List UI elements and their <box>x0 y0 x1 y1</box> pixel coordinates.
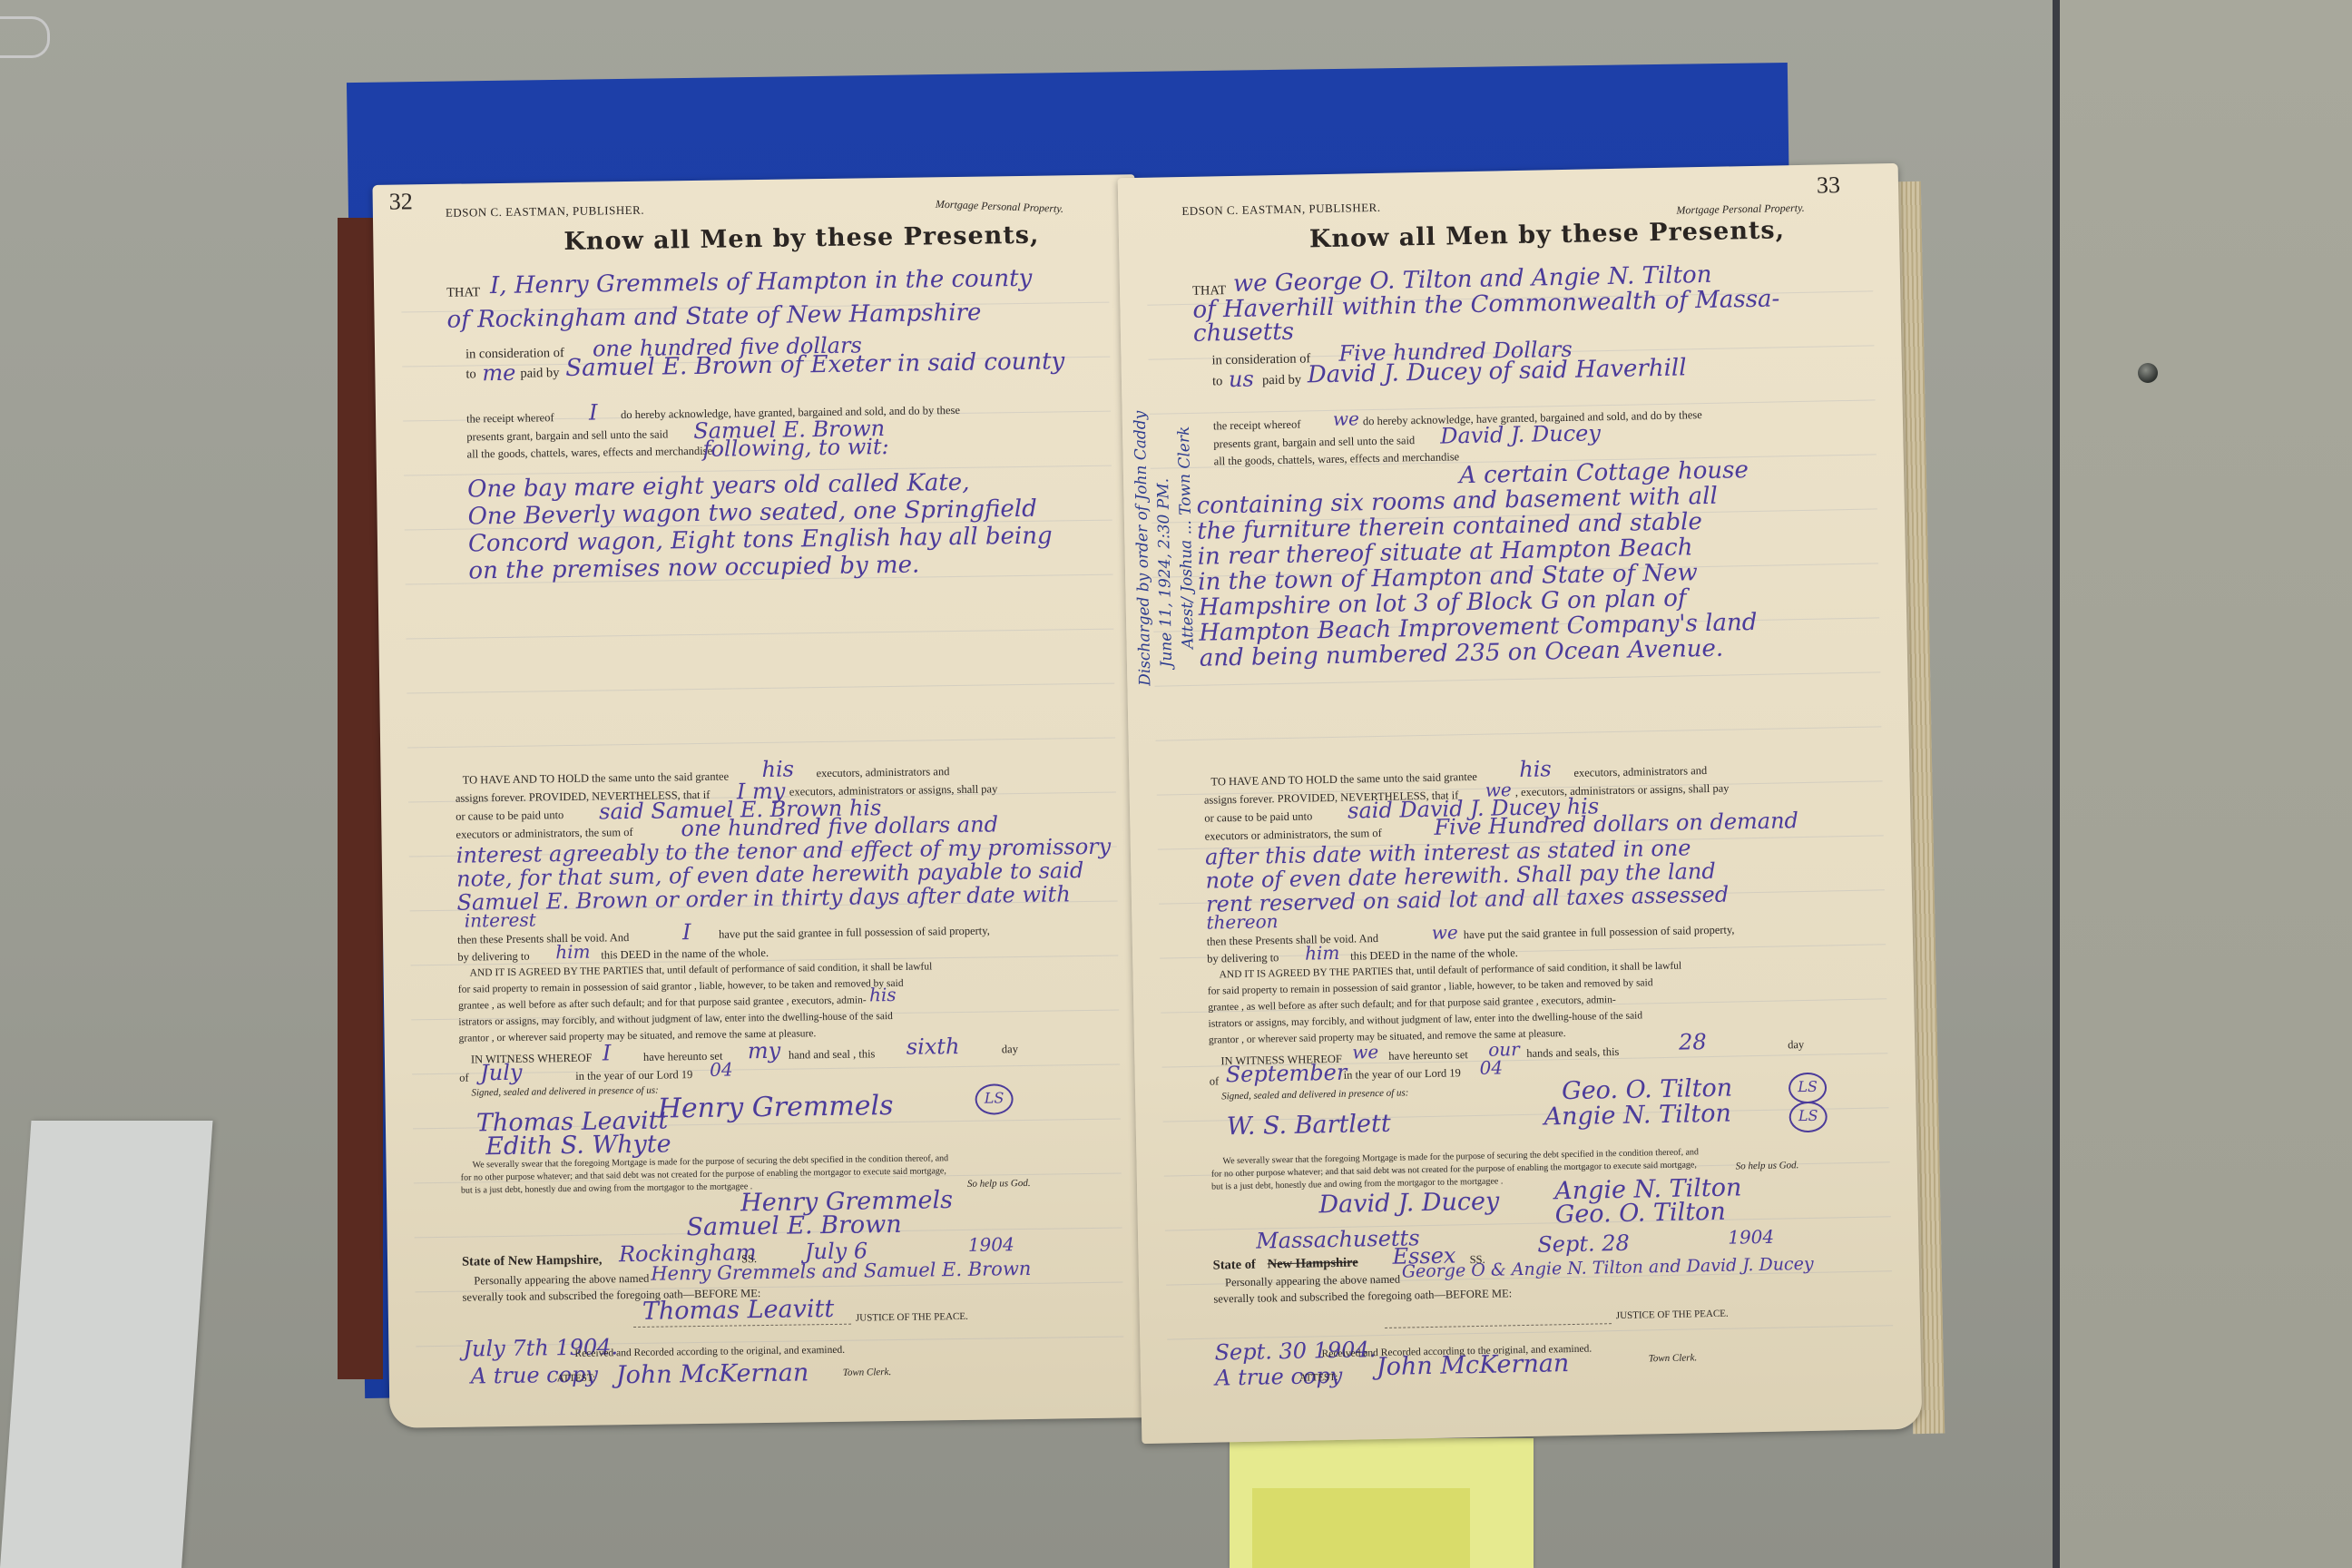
agreed-line: for said property to remain in possessio… <box>1208 977 1653 996</box>
goods-label: all the goods, chattels, wares, effects … <box>467 445 713 462</box>
paid-to: us <box>1229 367 1254 393</box>
publisher-line: Edson C. Eastman, Publisher. <box>446 203 644 220</box>
grant-label: presents grant, bargain and sell unto th… <box>466 427 668 444</box>
took-oath: severally took and subscribed the forego… <box>1213 1287 1512 1306</box>
seal-icon: LS <box>975 1083 1013 1115</box>
receipt-label: the receipt whereof <box>466 411 554 426</box>
receipt-party: we <box>1333 407 1359 430</box>
loose-paper-sheet <box>0 1121 212 1568</box>
witness-month: July <box>480 1060 523 1086</box>
seal-icon: LS <box>1788 1102 1828 1133</box>
oath-closing: So help us God. <box>967 1178 1031 1190</box>
grantor-line-3: chusetts <box>1193 318 1295 348</box>
form-heading: Know all Men by these Presents, <box>563 221 1039 256</box>
discharge-margin-note: Discharged by order of John Caddy <box>1132 410 1155 686</box>
grant-label: presents grant, bargain and sell unto th… <box>1213 434 1415 451</box>
goods-intro: following, to wit: <box>702 434 888 462</box>
seal-icon: LS <box>1788 1073 1828 1104</box>
receipt-party: I <box>589 399 598 425</box>
oath-year: 1904 <box>968 1233 1014 1256</box>
receipt-label: the receipt whereof <box>1213 418 1301 434</box>
paid-by-label: paid by <box>1262 373 1301 389</box>
oath-signature: Samuel E. Brown <box>686 1210 902 1241</box>
witness-text-3: hands and seals, this <box>1526 1045 1619 1061</box>
grantor-line-1: I, Henry Gremmels of Hampton in the coun… <box>490 265 1033 299</box>
oath-line: but is a just debt, honestly due and owi… <box>461 1181 752 1195</box>
attest-label: ATTEST: <box>557 1373 595 1385</box>
deliver-text: by delivering to <box>1207 951 1279 966</box>
void-text: then these Presents shall be void. And <box>1207 932 1378 949</box>
grantee-name: David J. Ducey <box>1440 420 1601 448</box>
clerk-signature: John McKernan <box>1377 1349 1570 1381</box>
oath-date: Sept. 28 <box>1537 1230 1630 1258</box>
grantor-line-2: of Rockingham and State of New Hampshire <box>446 299 981 334</box>
paid-unto-label: or cause to be paid unto <box>1204 809 1312 825</box>
clerk-signature: John McKernan <box>616 1358 809 1389</box>
agreed-line: istrators or assigns, may forcibly, and … <box>1208 1010 1642 1029</box>
void-party: I <box>682 919 691 945</box>
witness-year-label: in the year of our Lord 19 <box>1344 1066 1461 1082</box>
paid-prefix: to <box>1212 374 1223 389</box>
grantor-signature: Angie N. Tilton <box>1543 1100 1731 1132</box>
agreed-line: grantee , as well before as after such d… <box>1208 995 1616 1014</box>
paid-by-label: paid by <box>520 366 559 382</box>
witness-year: 04 <box>1479 1056 1503 1078</box>
state-label: State of New Hampshire, <box>462 1253 603 1270</box>
page-number: 33 <box>1817 171 1841 199</box>
witness-year-label: in the year of our Lord 19 <box>575 1068 692 1083</box>
agreed-his: his <box>869 984 897 1005</box>
habendum-text-2: executors, administrators and <box>816 765 949 780</box>
deliver-text-2: this DEED in the name of the whole. <box>1350 946 1518 964</box>
justice-label: JUSTICE OF THE PEACE. <box>1616 1308 1729 1321</box>
attest-label: ATTEST: <box>1299 1372 1338 1384</box>
justice-label: JUSTICE OF THE PEACE. <box>856 1311 968 1324</box>
habendum-text: TO HAVE AND TO HOLD the same unto the sa… <box>1210 770 1477 789</box>
witness-pronoun: my <box>748 1038 781 1064</box>
justice-signature-line <box>1385 1323 1612 1328</box>
state-struck: New Hampshire <box>1268 1256 1358 1273</box>
clerk-label: Town Clerk. <box>1649 1352 1698 1364</box>
witness-party: I <box>603 1040 612 1065</box>
panel-seam <box>2053 0 2060 1568</box>
paid-unto-label: or cause to be paid unto <box>456 808 563 824</box>
binder-clip-icon <box>0 16 50 58</box>
justice-signature: Thomas Leavitt <box>642 1295 835 1326</box>
oath-signature: Geo. O. Tilton <box>1554 1198 1726 1230</box>
habendum-his: his <box>1519 756 1552 782</box>
form-type: Mortgage Personal Property. <box>936 198 1064 216</box>
witness-day-label: day <box>1788 1038 1804 1052</box>
witness-text: have hereunto set <box>1388 1048 1468 1063</box>
signed-label: Signed, sealed and delivered in presence… <box>471 1085 658 1099</box>
witness-party: we <box>1352 1041 1378 1063</box>
appearing-names: Henry Gremmels and Samuel E. Brown <box>651 1258 1031 1285</box>
witness-year: 04 <box>710 1058 733 1080</box>
habendum-text-2: executors, administrators and <box>1573 764 1707 780</box>
void-text-2: have put the said grantee in full posses… <box>1464 923 1735 942</box>
right-page: Edson C. Eastman, Publisher. 33 Mortgage… <box>1118 163 1923 1444</box>
witness-signature: Edith S. Whyte <box>485 1130 671 1161</box>
void-text: then these Presents shall be void. And <box>457 931 629 947</box>
witness-signature: W. S. Bartlett <box>1226 1110 1390 1141</box>
void-text-2: have put the said grantee in full posses… <box>719 925 990 942</box>
witness-of: of <box>1210 1074 1220 1088</box>
left-page: 32 Edson C. Eastman, Publisher. Mortgage… <box>372 174 1151 1428</box>
habendum-text: TO HAVE AND TO HOLD the same unto the sa… <box>463 770 730 788</box>
witness-day: 28 <box>1679 1029 1707 1055</box>
page-number: 32 <box>389 188 413 215</box>
clerk-label: Town Clerk. <box>843 1367 892 1378</box>
agreed-line: istrators or assigns, may forcibly, and … <box>458 1011 893 1028</box>
witness-of: of <box>459 1072 469 1085</box>
oath-closing: So help us God. <box>1736 1160 1799 1171</box>
goods-label: all the goods, chattels, wares, effects … <box>1214 450 1460 468</box>
discharge-margin-note: Attest/ Joshua ... Town Clerk <box>1175 426 1198 650</box>
form-type: Mortgage Personal Property. <box>1676 201 1804 218</box>
signed-label: Signed, sealed and delivered in presence… <box>1221 1087 1408 1102</box>
agreed-line: for said property to remain in possessio… <box>458 978 904 995</box>
discharge-margin-note: June 11, 1924, 2:30 PM. <box>1154 478 1176 668</box>
background-panel <box>2055 0 2352 1568</box>
witness-month: September <box>1225 1060 1347 1088</box>
paid-by-name: Samuel E. Brown of Exeter in said county <box>565 348 1064 382</box>
paid-prefix: to <box>465 367 476 382</box>
witness-day: sixth <box>906 1034 960 1060</box>
void-party: we <box>1431 921 1457 944</box>
sum-line: thereon <box>1206 910 1279 934</box>
oath-year: 1904 <box>1728 1226 1774 1249</box>
deliver-text-2: this DEED in the name of the whole. <box>601 946 769 963</box>
oath-signature: David J. Ducey <box>1318 1188 1499 1220</box>
appearing-label: Personally appearing the above named <box>1225 1273 1400 1290</box>
that-label: THAT <box>446 285 480 301</box>
grantor-signature: Henry Gremmels <box>657 1090 893 1125</box>
appearing-names: George O & Angie N. Tilton and David J. … <box>1402 1254 1814 1282</box>
witness-day-label: day <box>1002 1043 1018 1056</box>
deliver-text: by delivering to <box>457 950 529 965</box>
sum-label: executors or administrators, the sum of <box>456 826 632 842</box>
deliver-to: him <box>555 941 591 964</box>
sum-line: interest <box>465 908 536 931</box>
witness-text-3: hand and seal , this <box>789 1047 876 1062</box>
wall-knob <box>2138 363 2158 383</box>
state-label: State of <box>1213 1258 1256 1274</box>
consideration-label: in consideration of <box>1211 351 1310 368</box>
appearing-label: Personally appearing the above named <box>474 1272 649 1289</box>
publisher-line: Edson C. Eastman, Publisher. <box>1181 201 1380 219</box>
paid-to: me <box>482 360 515 387</box>
agreed-line: grantee , as well before as after such d… <box>458 995 867 1011</box>
form-heading: Know all Men by these Presents, <box>1309 216 1786 253</box>
goods-line: on the premises now occupied by me. <box>468 552 919 585</box>
sticky-note-2 <box>1252 1488 1470 1568</box>
deliver-to: him <box>1305 942 1340 965</box>
